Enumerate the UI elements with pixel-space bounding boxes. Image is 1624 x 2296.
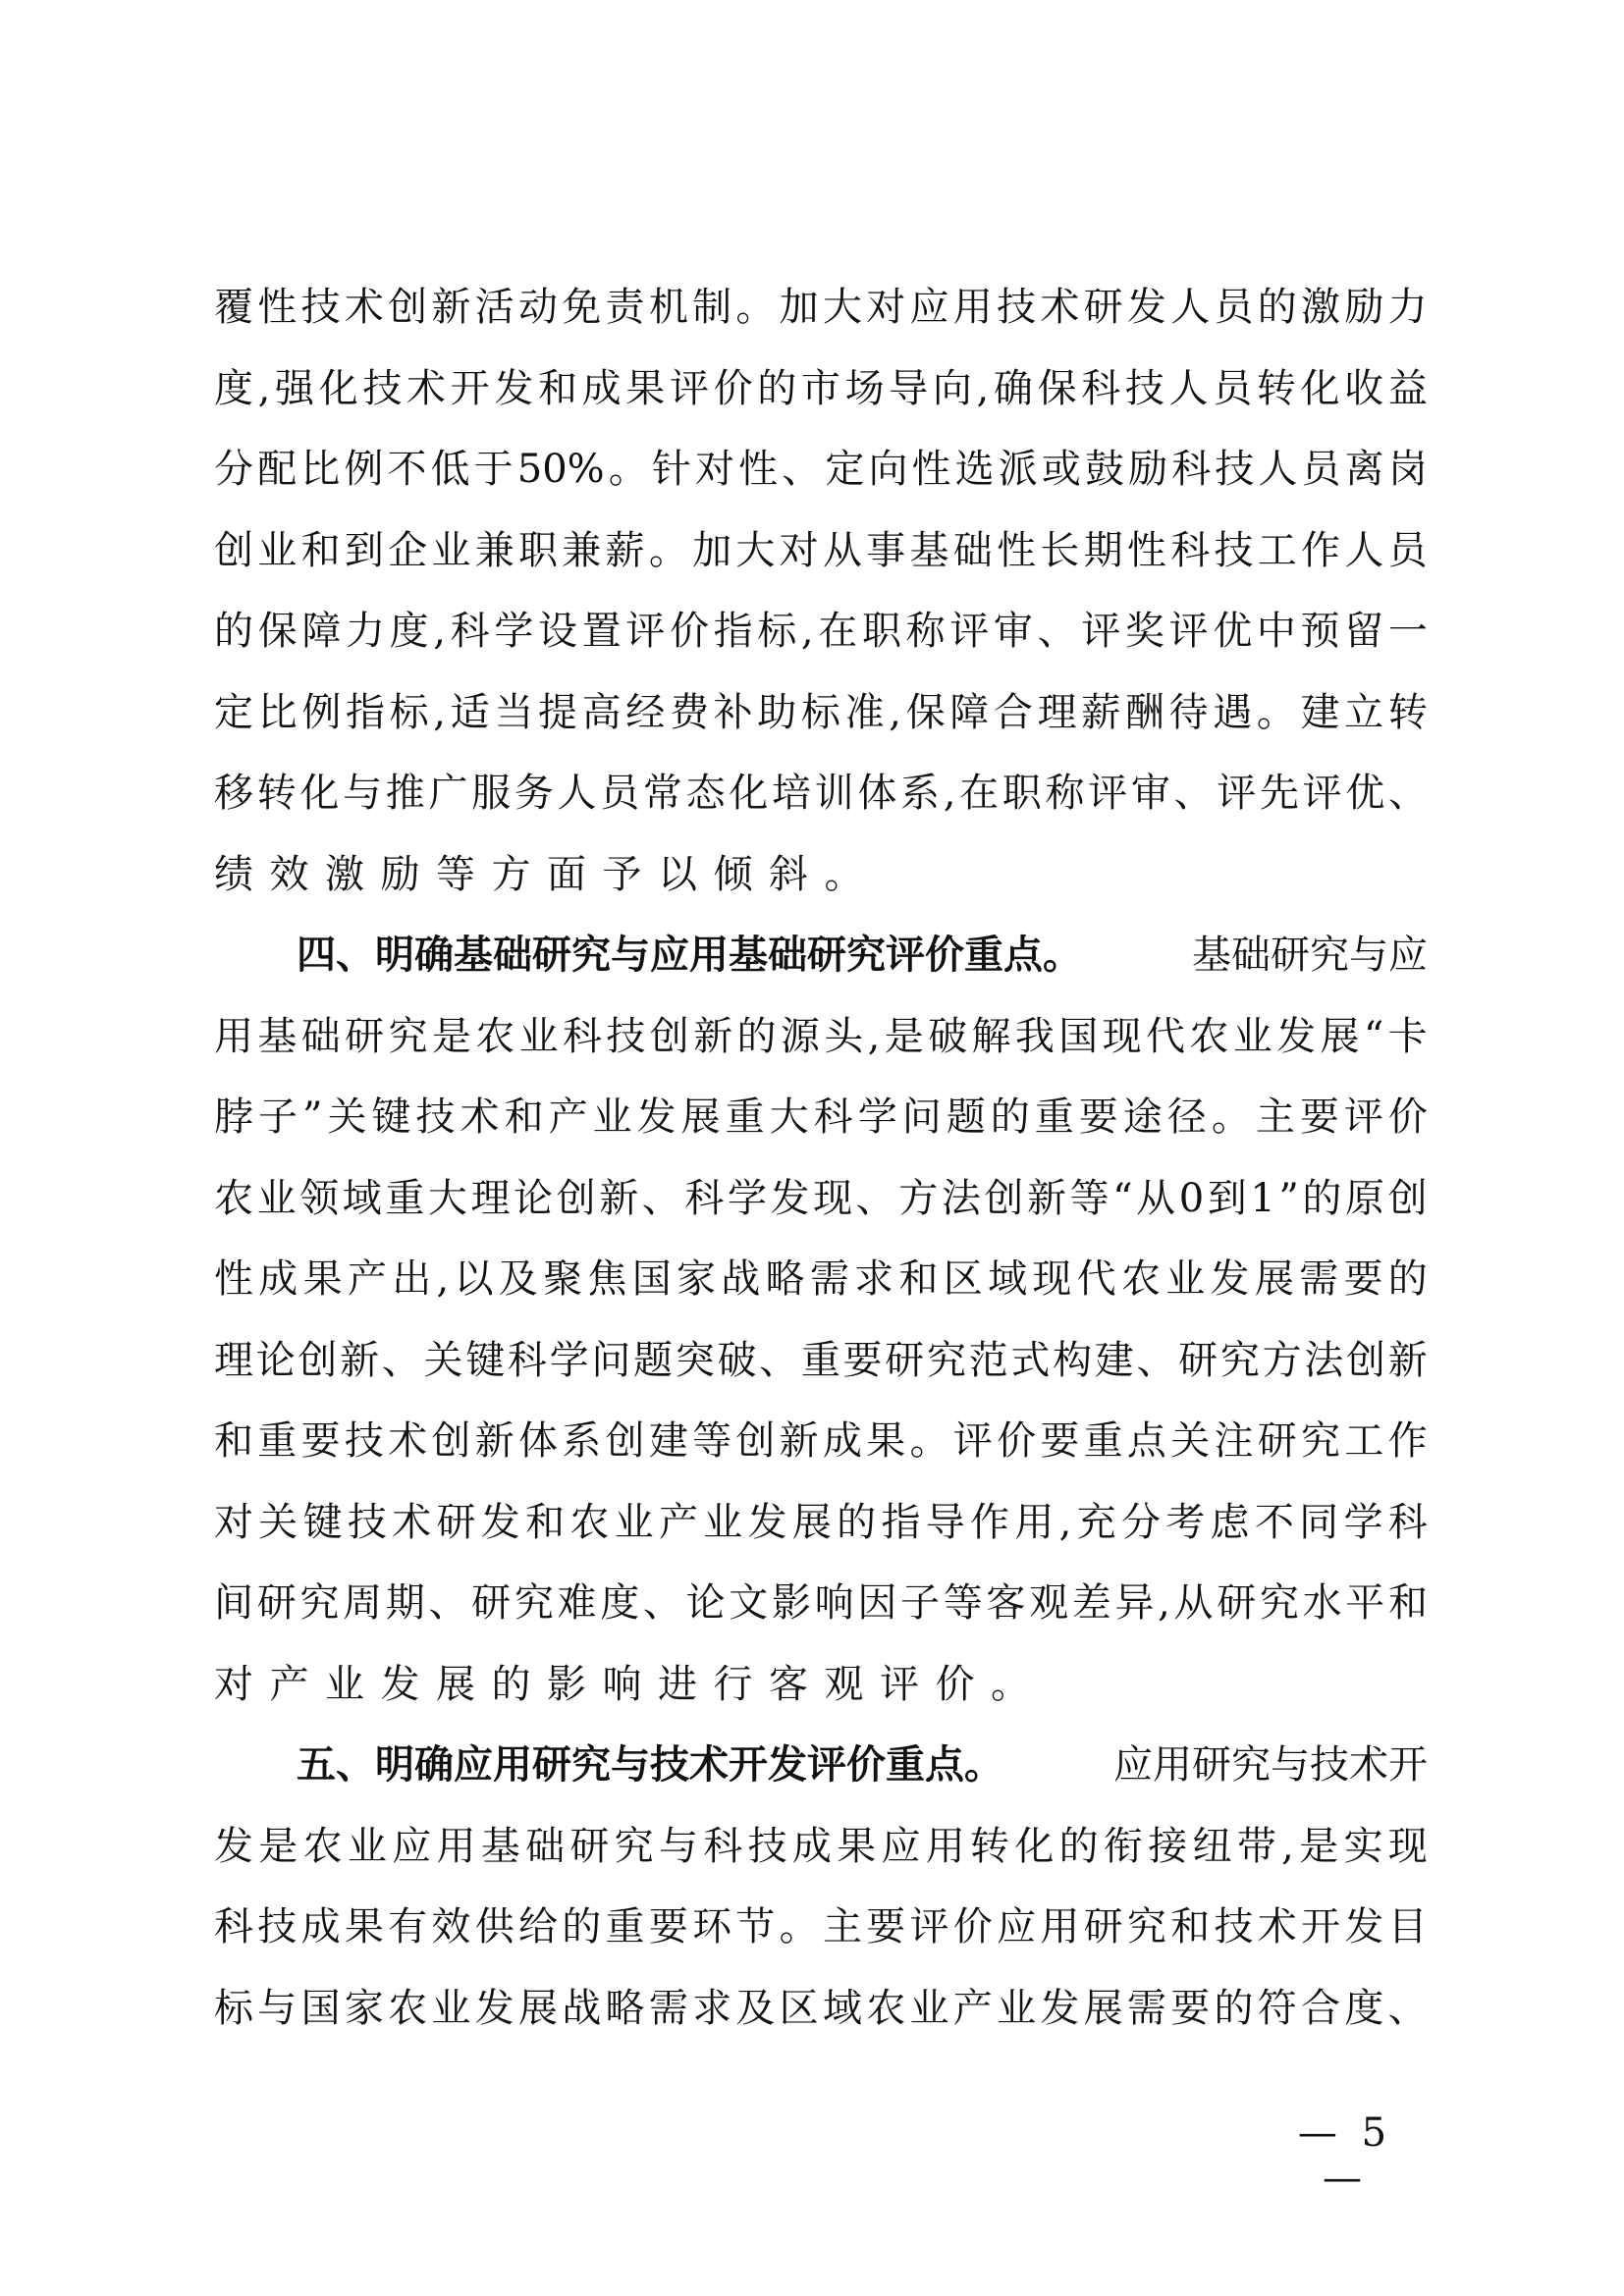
text-line: 对产业发展的影响进行客观评价。: [214, 1644, 1428, 1726]
text-line: 理论创新、关键科学问题突破、重要研究范式构建、研究方法创新: [214, 1320, 1428, 1402]
text-line: 农业领域重大理论创新、科学发现、方法创新等“从0到1”的原创: [214, 1158, 1428, 1240]
text-line: 定比例指标,适当提高经费补助标准,保障合理薪酬待遇。建立转: [214, 672, 1428, 754]
section-four-first-line: 四、明确基础研究与应用基础研究评价重点。基础研究与应: [214, 915, 1428, 996]
document-page: 覆性技术创新活动免责机制。加大对应用技术研发人员的激励力 度,强化技术开发和成果…: [0, 0, 1624, 2296]
text-line: 脖子”关键技术和产业发展重大科学问题的重要途径。主要评价: [214, 1077, 1428, 1158]
text-line: 科技成果有效供给的重要环节。主要评价应用研究和技术开发目: [214, 1887, 1428, 1968]
section-five-first-line: 五、明确应用研究与技术开发评价重点。应用研究与技术开: [214, 1725, 1428, 1806]
text-line: 间研究周期、研究难度、论文影响因子等客观差异,从研究水平和: [214, 1563, 1428, 1644]
text-line: 度,强化技术开发和成果评价的市场导向,确保科技人员转化收益: [214, 348, 1428, 430]
text-line: 的保障力度,科学设置评价指标,在职称评审、评奖评优中预留一: [214, 591, 1428, 672]
text-line: 对关键技术研发和农业产业发展的指导作用,充分考虑不同学科: [214, 1482, 1428, 1564]
section-heading: 五、明确应用研究与技术开发评价重点。: [297, 1725, 1003, 1806]
page-number: — 5 —: [1267, 2110, 1424, 2201]
text-line: 用基础研究是农业科技创新的源头,是破解我国现代农业发展“卡: [214, 996, 1428, 1078]
text-line: 发是农业应用基础研究与科技成果应用转化的衔接纽带,是实现: [214, 1806, 1428, 1888]
text-line: 标与国家农业发展战略需求及区域农业产业发展需要的符合度、: [214, 1968, 1428, 2050]
text-fragment: 基础研究与应: [1192, 915, 1428, 996]
section-heading: 四、明确基础研究与应用基础研究评价重点。: [297, 915, 1082, 996]
text-line: 创业和到企业兼职兼薪。加大对从事基础性长期性科技工作人员: [214, 510, 1428, 592]
text-line: 性成果产出,以及聚焦国家战略需求和区域现代农业发展需要的: [214, 1239, 1428, 1320]
text-fragment: 应用研究与技术开: [1113, 1725, 1428, 1806]
text-line: 移转化与推广服务人员常态化培训体系,在职称评审、评先评优、: [214, 753, 1428, 834]
text-line: 分配比例不低于50%。针对性、定向性选派或鼓励科技人员离岗: [214, 429, 1428, 510]
text-line: 和重要技术创新体系创建等创新成果。评价要重点关注研究工作: [214, 1401, 1428, 1482]
text-line: 覆性技术创新活动免责机制。加大对应用技术研发人员的激励力: [214, 267, 1428, 348]
body-text: 覆性技术创新活动免责机制。加大对应用技术研发人员的激励力 度,强化技术开发和成果…: [214, 267, 1428, 2049]
text-line: 绩效激励等方面予以倾斜。: [214, 834, 1428, 916]
